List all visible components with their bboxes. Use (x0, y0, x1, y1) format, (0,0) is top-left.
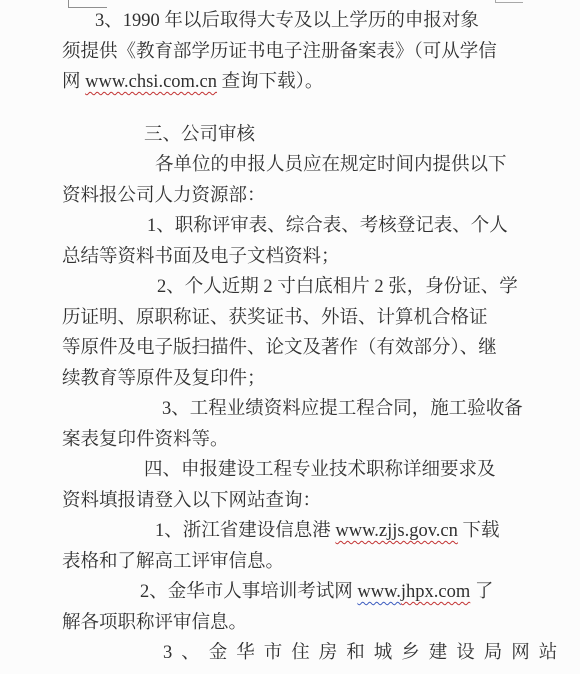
text-run: 2、个人近期 2 寸白底相片 2 张，身份证、学 (157, 277, 518, 297)
document-line: 2、个人近期 2 寸白底相片 2 张，身份证、学 (62, 272, 532, 303)
text-run: 总结等资料书面及电子文档资料； (62, 247, 340, 267)
text-run: 3、1990 年以后取得大专及以上学历的申报对象 (95, 11, 479, 31)
text-run: 查询下载）。 (217, 72, 323, 92)
url-text[interactable]: www.chsi.com.cn (85, 72, 217, 92)
document-page: 3、1990 年以后取得大专及以上学历的申报对象须提供《教育部学历证书电子注册备… (0, 0, 580, 674)
document-line: 1、浙江省建设信息港 www.zjjs.gov.cn 下载 (62, 516, 532, 547)
text-run: 续教育等原件及复印件； (62, 369, 266, 389)
document-line: 解各项职称评审信息。 (62, 608, 532, 639)
text-run: 表格和了解高工评审信息。 (62, 552, 284, 572)
text-run: 了 (470, 582, 493, 602)
document-line: 案表复印件资料等。 (62, 425, 532, 456)
text-run: 案表复印件资料等。 (62, 430, 229, 450)
url-text[interactable]: www.zjjs.gov.cn (335, 521, 457, 541)
document-line: 资料报公司人力资源部： (62, 181, 532, 212)
document-line: 3、1990 年以后取得大专及以上学历的申报对象 (62, 6, 532, 37)
section-heading-line: 四、申报建设工程专业技术职称详细要求及 (62, 455, 532, 486)
document-line: 资料填报请登入以下网站查询： (62, 486, 532, 517)
margin-crop-mark-right-horizontal (495, 2, 523, 3)
text-run: 历证明、原职称证、获奖证书、外语、计算机合格证 (62, 308, 488, 328)
document-line: 3、金华市住房和城乡建设局网站 (62, 638, 532, 669)
document-line: 等原件及电子版扫描件、论文及著作（有效部分）、继 (62, 333, 532, 364)
document-line: 各单位的申报人员应在规定时间内提供以下 (62, 150, 532, 181)
document-line: 表格和了解高工评审信息。 (62, 547, 532, 578)
document-line: 1、职称评审表、综合表、考核登记表、个人 (62, 211, 532, 242)
text-run: 资料填报请登入以下网站查询： (62, 491, 321, 511)
document-line: 网 www.chsi.com.cn 查询下载）。 (62, 67, 532, 98)
text-run: 下载 (458, 521, 500, 541)
document-text: 3、1990 年以后取得大专及以上学历的申报对象须提供《教育部学历证书电子注册备… (62, 6, 532, 669)
text-run: 解各项职称评审信息。 (62, 613, 247, 633)
document-line: 总结等资料书面及电子文档资料； (62, 242, 532, 273)
text-run: 须提供《教育部学历证书电子注册备案表》（可从学信 (62, 42, 497, 62)
text-run: 四、申报建设工程专业技术职称详细要求及 (144, 460, 496, 480)
document-line: 2、金华市人事培训考试网 www.jhpx.com 了 (62, 577, 532, 608)
document-line: 3、工程业绩资料应提工程合同，施工验收备 (62, 394, 532, 425)
text-run: 网 (62, 72, 85, 92)
document-line: 须提供《教育部学历证书电子注册备案表》（可从学信 (62, 37, 532, 68)
url-text[interactable]: jhpx.com (401, 582, 470, 602)
text-run: 等原件及电子版扫描件、论文及著作（有效部分）、继 (62, 338, 497, 358)
section-heading-line: 三、公司审核 (62, 120, 532, 151)
document-line: 历证明、原职称证、获奖证书、外语、计算机合格证 (62, 303, 532, 334)
margin-crop-mark-right-vertical (495, 0, 496, 3)
text-run: 各单位的申报人员应在规定时间内提供以下 (155, 155, 507, 175)
text-run: 资料报公司人力资源部： (62, 186, 266, 206)
text-run: 三、公司审核 (144, 125, 255, 145)
text-run: 1、职称评审表、综合表、考核登记表、个人 (147, 216, 508, 236)
document-line: 续教育等原件及复印件； (62, 364, 532, 395)
text-run: 3、金华市住房和城乡建设局网站 (163, 643, 566, 663)
text-run: 3、工程业绩资料应提工程合同，施工验收备 (162, 399, 523, 419)
url-text[interactable]: www. (357, 582, 401, 602)
text-run: 2、金华市人事培训考试网 (140, 582, 357, 602)
text-run: 1、浙江省建设信息港 (155, 521, 335, 541)
